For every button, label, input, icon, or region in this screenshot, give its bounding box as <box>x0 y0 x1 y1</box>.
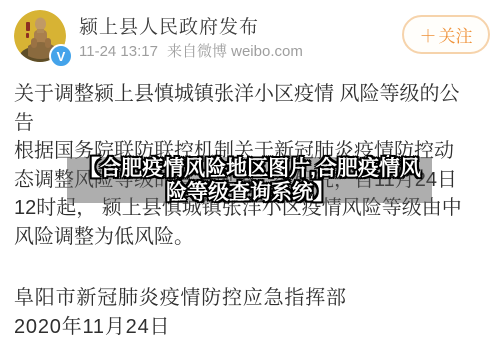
source-link[interactable]: 来自微博 weibo.com <box>167 43 303 60</box>
post-title-line: 关于调整颍上县慎城镇张洋小区疫情 风险等级的公 <box>14 80 494 109</box>
watermark-text: 【合肥疫情风险地区图片,合肥疫情风 险等级查询系统】 <box>0 157 500 204</box>
post-body-line: 风险调整为低风险。 <box>14 223 494 252</box>
post-signature-block: 阜阳市新冠肺炎疫情防控应急指挥部 2020年11月24日 <box>14 284 347 342</box>
watermark-line: 险等级查询系统】 <box>0 181 500 205</box>
weibo-post-card: V 颍上县人民政府发布 11-24 13:17来自微博 weibo.com ＋关… <box>0 0 500 364</box>
post-title-line: 告 <box>14 109 494 138</box>
post-signature: 阜阳市新冠肺炎疫情防控应急指挥部 <box>14 284 347 313</box>
plus-icon: ＋ <box>420 22 437 47</box>
verified-badge-icon: V <box>49 44 73 68</box>
verified-letter: V <box>57 50 66 63</box>
watermark-line: 【合肥疫情风险地区图片,合肥疫情风 <box>0 157 500 181</box>
follow-button-label: 关注 <box>439 22 473 47</box>
post-meta: 11-24 13:17来自微博 weibo.com <box>79 40 303 61</box>
username[interactable]: 颍上县人民政府发布 <box>79 12 259 39</box>
follow-button[interactable]: ＋关注 <box>402 15 490 54</box>
post-date: 2020年11月24日 <box>14 313 347 342</box>
timestamp: 11-24 13:17 <box>79 43 158 60</box>
